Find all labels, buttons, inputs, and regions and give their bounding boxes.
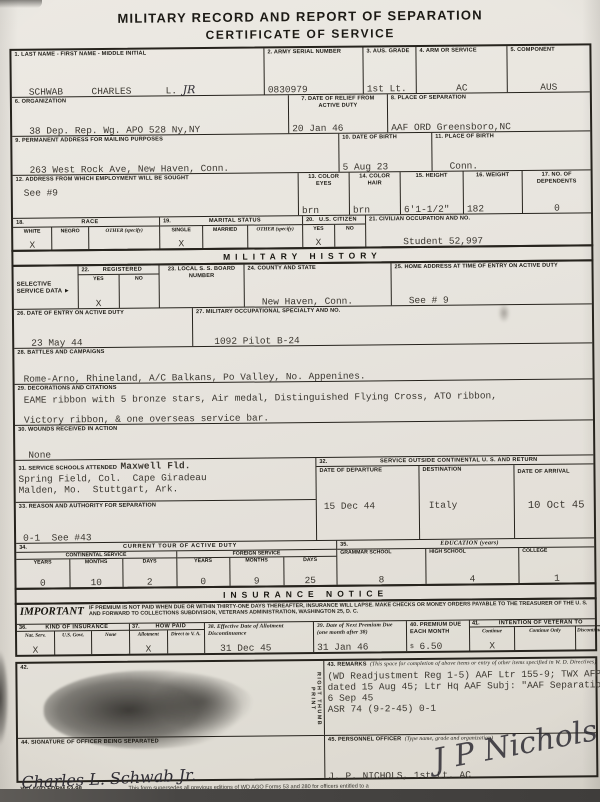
field-weight: 16. WEIGHT 182 [463,171,522,214]
field-home-address-entry-label: 25. HOME ADDRESS AT TIME OF ENTRY ON ACT… [394,262,588,270]
row-name-serial: 1. LAST NAME - FIRST NAME - MIDDLE INITI… [11,45,589,97]
field-officer-signature-label: 44. SIGNATURE OF OFFICER BEING SEPARATED [21,737,321,746]
field-eyes-value: brn [302,205,346,216]
field-entry-date: 26. DATE OF ENTRY ON ACTIVE DUTY 23 May … [14,308,192,348]
field-mailing-address-label: 9. PERMANENT ADDRESS FOR MAILING PURPOSE… [15,135,335,145]
overseas-departure-value: 15 Dec 44 [320,500,416,512]
field-grade: 3. AUS. GRADE 1st Lt. [362,47,415,94]
race-grid: WHITEX NEGRO OTHER (specify) [13,225,159,249]
field-local-board-label: 23. LOCAL S. S. BOARD NUMBER [162,266,240,280]
row-tour-education: 34. CURRENT TOUR OF ACTIVE DUTY CONTINEN… [16,537,594,588]
insurance-grid-row: 36.KIND OF INSURANCE Nat. Serv.X U.S. Go… [17,618,595,655]
field-race-num: 18. [16,220,24,226]
field-how-paid: 37.HOW PAID AllotmentX Direct to V. A. [129,623,204,654]
field-serial: 2. ARMY SERIAL NUMBER 0830979 [263,48,362,95]
education-highschool: 4 [426,573,518,585]
field-personnel-officer: 45. PERSONNEL OFFICER (Type name, grade … [324,733,596,778]
education-block: 35. EDUCATION (years) GRAMMAR SCHOOL8 HI… [336,538,594,584]
field-registered-title: REGISTERED [89,267,155,274]
current-tour-block: 34. CURRENT TOUR OF ACTIVE DUTY CONTINEN… [16,541,336,588]
foreign-grid: YEARS0 MONTHS9 DAYS25 [177,557,337,587]
row-entry-mos: 26. DATE OF ENTRY ON ACTIVE DUTY 23 May … [14,303,592,348]
field-relief-date: 7. DATE OF RELIEF FROM ACTIVE DUTY 20 Ja… [288,94,387,133]
field-organization: 6. ORGANIZATION 38 Dep. Rep. Wg. APO 528… [12,95,288,136]
citizen-grid: YESX NO [303,223,365,247]
field-marital-num: 19. [163,218,171,224]
remarks-line-4: ASR 74 (9-2-45) 0-1 [328,700,600,714]
scan-background-band [0,789,600,802]
field-eyes-label: 13. COLOR EYES [302,174,346,187]
schools-separation-col: 31. SERVICE SCHOOLS ATTENDED Maxwell Fld… [15,458,316,543]
education-grammar: 8 [337,574,425,586]
foreign-months: 9 [230,575,283,587]
field-birth-date-value: 5 Aug 23 [342,161,428,173]
remarks-signature-box: 42. RIGHT THUMB PRINT 43. REMARKS (This … [15,656,598,783]
selective-service-data: SELECTIVE SERVICE DATA ► [13,266,77,309]
field-marital: 19.MARITAL STATUS SINGLEX MARRIED OTHER … [159,216,302,248]
field-remarks-note: (This space for completion of above item… [370,659,596,667]
citizen-yes: YESX [303,225,334,247]
field-birth-date: 10. DATE OF BIRTH 5 Aug 23 [338,133,431,172]
row-physical: 12. ADDRESS FROM WHICH EMPLOYMENT WILL B… [13,169,591,218]
field-hair-value: brn [353,204,397,215]
field-birth-place: 11. PLACE OF BIRTH Conn. [431,131,590,171]
race-white-mark: X [14,240,50,251]
registered-yes-mark: X [80,298,118,309]
arrow-icon: ► [64,288,70,294]
field-dependents-value: 0 [526,202,588,214]
field-birth-place-label: 11. PLACE OF BIRTH [435,132,587,140]
field-overseas-service: 32. SERVICE OUTSIDE CONTINENTAL U. S. AN… [315,455,594,540]
field-schools-line3: Malden, Mo. Stuttgart, Ark. [19,482,313,496]
citizen-yes-mark: X [304,237,333,248]
registered-yes: YESX [79,275,119,308]
field-occupation: 21. CIVILIAN OCCUPATION AND NO. Student … [365,213,591,246]
field-dependents: 17. NO. OF DEPENDENTS 0 [522,170,591,213]
separation-form: MILITARY RECORD AND REPORT OF SEPARATION… [9,3,599,801]
field-arm-label: 4. ARM OR SERVICE [419,47,503,54]
tour-columns: CONTINENTAL SERVICE YEARS0 MONTHS10 DAYS… [16,550,336,588]
thumb-print-cell: 42. RIGHT THUMB PRINT [17,661,324,738]
paid-allotment: AllotmentX [130,630,167,653]
paid-direct: Direct to V. A. [166,630,204,653]
row-thumb-remarks: 42. RIGHT THUMB PRINT 43. REMARKS (This … [17,658,596,738]
field-grade-label: 3. AUS. GRADE [366,48,412,55]
field-arm-value: AC [420,82,504,94]
race-negro: NEGRO [51,227,88,249]
thumb-print-vertical-label: RIGHT THUMB PRINT [309,665,322,733]
identification-box: 1. LAST NAME - FIRST NAME - MIDDLE INITI… [9,43,593,252]
foreign-days: 25 [284,575,337,587]
field-separation-reason-label: 33. REASON AND AUTHORITY FOR SEPARATION [19,501,313,510]
field-birth-date-label: 10. DATE OF BIRTH [342,134,428,141]
field-40-label: 40. PREMIUM DUE EACH MONTH [410,622,466,636]
field-weight-label: 16. WEIGHT [467,172,519,179]
field-employment-address-label: 12. ADDRESS FROM WHICH EMPLOYMENT WILL B… [16,174,295,183]
military-history-box: SELECTIVE SERVICE DATA ► 22.REGISTERED Y… [11,259,596,590]
field-dependents-label: 17. NO. OF DEPENDENTS [526,171,588,185]
field-38-value: 31 Dec 45 [208,642,310,654]
row-signatures: 44. SIGNATURE OF OFFICER BEING SEPARATED… [18,732,596,781]
field-relief-date-label: 7. DATE OF RELIEF FROM ACTIVE DUTY [292,95,384,109]
field-component: 5. COMPONENT AUS [506,45,589,92]
education-college: 1 [519,572,594,584]
field-occupation-label: 21. CIVILIAN OCCUPATION AND NO. [369,214,588,223]
field-decorations: 29. DECORATIONS AND CITATIONS EAME ribbo… [15,379,593,425]
continental-months: 10 [70,577,123,589]
field-citizen-title: U.S. CITIZEN [314,217,362,223]
overseas-destination: DESTINATION Italy [418,465,514,539]
overseas-departure: DATE OF DEPARTURE 15 Dec 44 [316,466,419,540]
intention-grid: ContinueX Continue Only Discontinue [470,625,600,650]
intention-continue-mark: X [471,640,513,651]
field-race-title: RACE [24,219,156,226]
field-citizen-num: 20. [306,217,314,223]
field-wounds: 30. WOUNDS RECEIVED IN ACTION None [15,420,593,460]
education-title: EDUCATION (years) [348,539,591,547]
how-paid-grid: AllotmentX Direct to V. A. [130,629,204,654]
selective-service-label: SELECTIVE SERVICE DATA ► [17,281,75,296]
field-separation-reason: 33. REASON AND AUTHORITY FOR SEPARATION … [16,498,316,542]
field-county-state-label: 24. COUNTY AND STATE [247,264,387,272]
field-entry-date-label: 26. DATE OF ENTRY ON ACTIVE DUTY [17,309,189,317]
field-premium-due: 40. PREMIUM DUE EACH MONTH $ 6.50 [406,621,469,652]
intention-discontinue: Discontinue [575,626,600,649]
foreign-service: FOREIGN SERVICE YEARS0 MONTHS9 DAYS25 [176,550,337,587]
field-weight-value: 182 [467,203,519,214]
field-serial-label: 2. ARMY SERIAL NUMBER [267,49,359,56]
field-allotment-discontinuance: 38. Effective Date of Allotment Disconti… [204,622,313,653]
field-organization-label: 6. ORGANIZATION [15,96,285,105]
field-home-address-entry: 25. HOME ADDRESS AT TIME OF ENTRY ON ACT… [390,261,591,305]
field-39-value: 31 Jan 46 [317,641,403,653]
field-race: 18.RACE WHITEX NEGRO OTHER (specify) [13,217,159,249]
field-separation-place: 8. PLACE OF SEPARATION AAF ORD Greensbor… [387,92,590,132]
dollar-sign: $ [410,643,414,650]
field-name: 1. LAST NAME - FIRST NAME - MIDDLE INITI… [11,48,263,96]
row-schools-overseas: 31. SERVICE SCHOOLS ATTENDED Maxwell Fld… [15,454,594,543]
field-next-premium: 39. Date of Next Premium Due (one month … [313,621,406,652]
intention-continue: ContinueX [470,627,514,650]
field-officer-signature: 44. SIGNATURE OF OFFICER BEING SEPARATED… [18,736,324,781]
overseas-destination-value: Italy [423,499,511,511]
form-subtitle: CERTIFICATE OF SERVICE [9,24,591,44]
field-employment-address: 12. ADDRESS FROM WHICH EMPLOYMENT WILL B… [13,173,298,218]
education-grid: GRAMMAR SCHOOL8 HIGH SCHOOL4 COLLEGE1 [337,547,594,584]
field-veteran-intention: 41.INTENTION OF VETERAN TO ContinueX Con… [469,619,600,650]
field-schools: 31. SERVICE SCHOOLS ATTENDED Maxwell Fld… [15,458,315,501]
field-hair: 14. COLOR HAIR brn [349,172,400,214]
field-citizen: 20.U.S. CITIZEN YESX NO [302,215,365,247]
row-selective-service: SELECTIVE SERVICE DATA ► 22.REGISTERED Y… [13,261,591,309]
field-name-label: 1. LAST NAME - FIRST NAME - MIDDLE INITI… [14,49,260,58]
paid-allotment-mark: X [131,643,166,654]
foreign-years: 0 [177,576,230,588]
kind-insurance-grid: Nat. Serv.X U.S. Govt. None [17,630,129,655]
marital-single-mark: X [161,238,201,249]
name-suffix: JR [183,83,196,96]
ins-nat-serv: Nat. Serv.X [17,632,54,655]
overseas-arrival: DATE OF ARRIVAL 10 Oct 45 [513,464,594,538]
race-other: OTHER (specify) [88,226,159,249]
field-38-label: 38. Effective Date of Allotment Disconti… [208,623,310,637]
field-county-state: 24. COUNTY AND STATE New Haven, Conn. [243,263,390,306]
field-component-label: 5. COMPONENT [510,46,586,53]
ins-us-govt: U.S. Govt. [54,631,92,654]
row-wounds: 30. WOUNDS RECEIVED IN ACTION None [15,419,593,460]
scan-artifact [0,642,14,754]
ins-none: None [91,631,129,654]
row-address: 9. PERMANENT ADDRESS FOR MAILING PURPOSE… [12,130,590,175]
field-mos: 27. MILITARY OCCUPATIONAL SPECIALTY AND … [192,304,592,346]
field-relief-date-value: 20 Jan 46 [292,122,384,134]
field-local-board: 23. LOCAL S. S. BOARD NUMBER [158,265,243,308]
field-registered: 22.REGISTERED YESX NO [77,265,158,308]
continental-years: 0 [16,577,69,589]
form-title: MILITARY RECORD AND REPORT OF SEPARATION [9,6,591,27]
field-height-label: 15. HEIGHT [404,173,460,180]
registered-grid: YESX NO [79,273,159,308]
field-occupation-value: Student 52,997 [369,234,588,247]
marital-grid: SINGLEX MARRIED OTHER (specify) [160,224,302,248]
overseas-title: SERVICE OUTSIDE CONTINENTAL U. S. AND RE… [327,456,590,465]
field-eyes: 13. COLOR EYES brn [298,173,349,215]
field-remarks-label: 43. REMARKS (This space for completion o… [327,658,600,668]
continental-service: CONTINENTAL SERVICE YEARS0 MONTHS10 DAYS… [16,551,176,588]
field-mailing-address: 9. PERMANENT ADDRESS FOR MAILING PURPOSE… [12,134,338,175]
scan-artifact [0,0,42,8]
field-marital-title: MARITAL STATUS [171,217,299,224]
ins-nat-serv-mark: X [18,645,53,656]
race-white: WHITEX [13,228,51,250]
field-mos-label: 27. MILITARY OCCUPATIONAL SPECIALTY AND … [196,305,589,315]
row-race-marital: 18.RACE WHITEX NEGRO OTHER (specify) 19.… [13,212,591,250]
field-hair-label: 14. COLOR HAIR [353,173,397,186]
marital-other: OTHER (specify) [247,225,302,248]
field-grade-value: 1st Lt. [367,83,413,94]
row-decorations: 29. DECORATIONS AND CITATIONS EAME ribbo… [15,378,593,425]
row-battles: 28. BATTLES AND CAMPAIGNS Rome-Arno, Rhi… [14,342,592,384]
continental-days: 2 [123,576,176,588]
overseas-grid: DATE OF DEPARTURE 15 Dec 44 DESTINATION … [316,464,594,540]
insurance-box: IMPORTANT IF PREMIUM IS NOT PAID WHEN DU… [15,597,597,657]
registered-no: NO [118,274,159,307]
continental-grid: YEARS0 MONTHS10 DAYS2 [16,558,176,588]
important-word: IMPORTANT [20,605,84,623]
intention-continue-only: Continue Only [514,627,575,651]
citizen-no: NO [334,224,366,246]
field-component-value: AUS [511,81,587,93]
marital-married: MARRIED [202,226,247,248]
field-separation-place-label: 8. PLACE OF SEPARATION [391,93,587,101]
field-schools-inline: Maxwell Fld. [120,460,190,472]
field-serial-value: 0830979 [268,84,360,96]
field-40-value: $ 6.50 [410,641,466,653]
marital-single: SINGLEX [160,226,202,248]
field-height: 15. HEIGHT 6'1-1/2" [400,172,463,215]
field-battles: 28. BATTLES AND CAMPAIGNS Rome-Arno, Rhi… [14,343,592,384]
field-arm: 4. ARM OR SERVICE AC [415,46,506,93]
field-39-label: 39. Date of Next Premium Due (one month … [317,622,403,636]
row-organization: 6. ORGANIZATION 38 Dep. Rep. Wg. APO 528… [12,91,590,136]
field-height-value: 6'1-1/2" [404,204,460,216]
overseas-arrival-value: 10 Oct 45 [518,500,591,512]
field-employment-address-value: See #9 [16,185,295,199]
field-kind-insurance: 36.KIND OF INSURANCE Nat. Serv.X U.S. Go… [17,624,129,655]
